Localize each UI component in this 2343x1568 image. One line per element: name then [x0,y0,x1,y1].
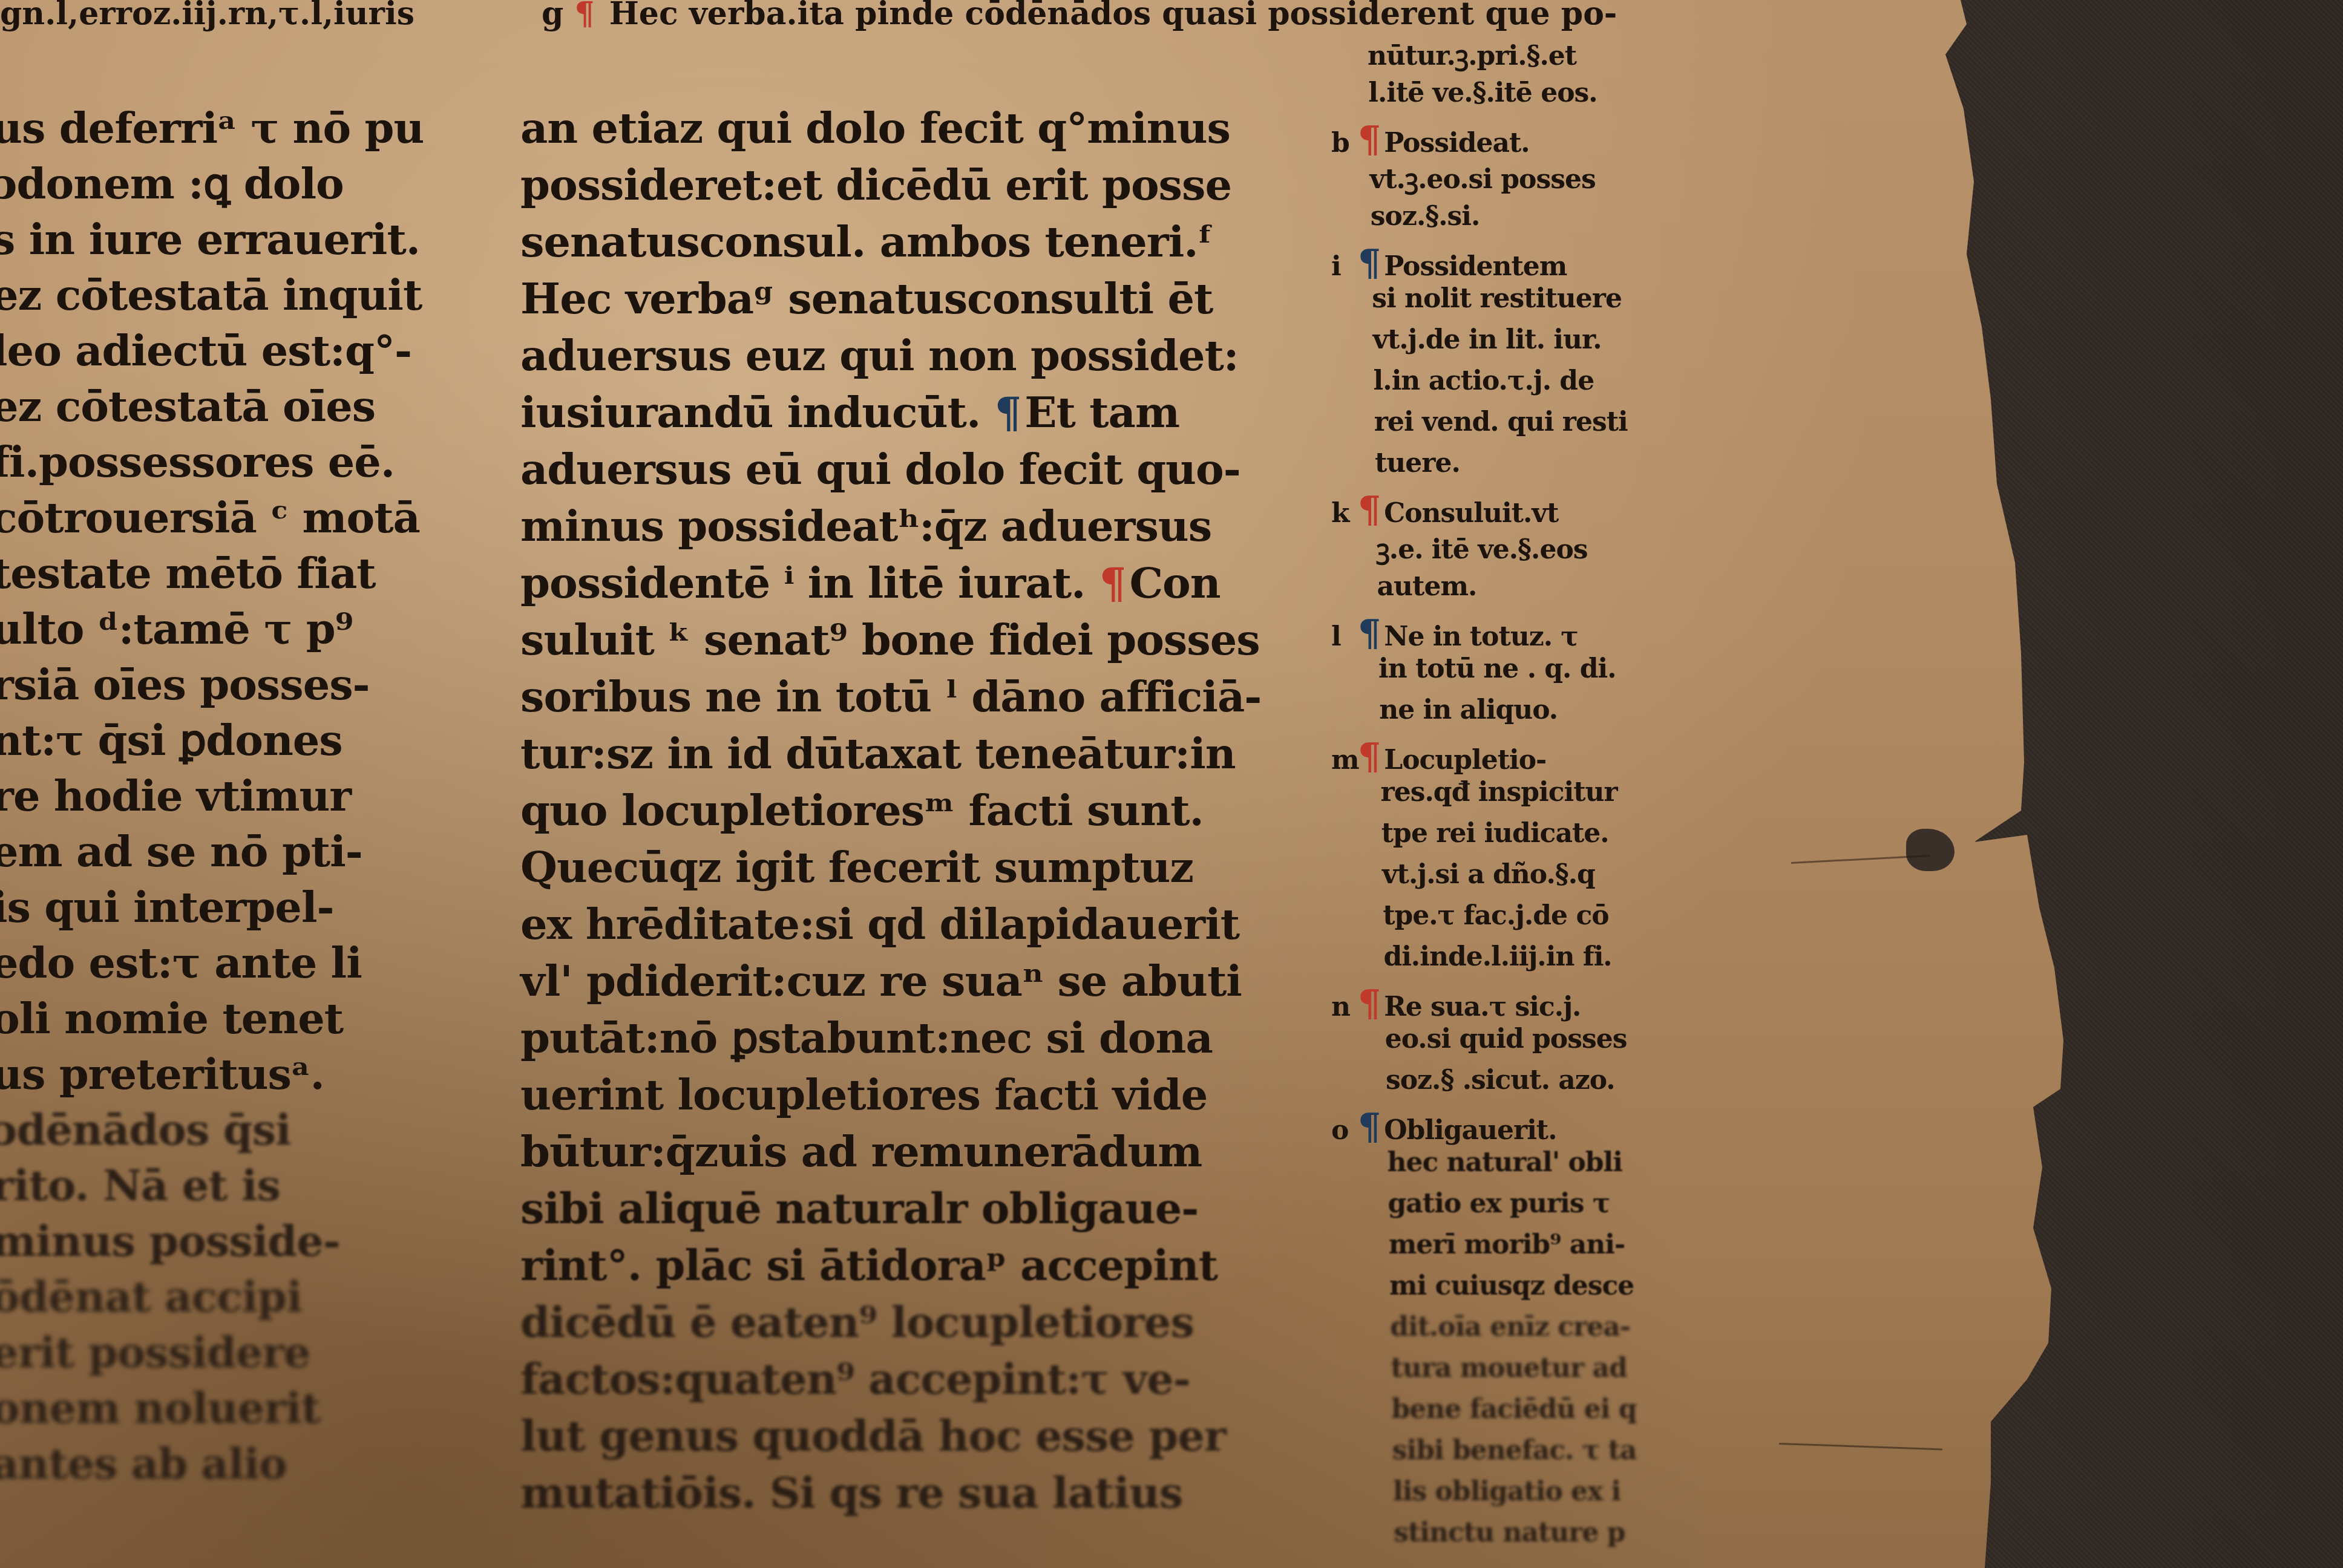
gloss-text: tura mouetur ad [1391,1353,1627,1383]
text-line: suluit ᵏ senat⁹ bone fidei posses [520,615,1260,665]
text-line: possideret:et dicēdū erit posse [520,160,1231,210]
gloss-line: autem. [1377,571,1477,602]
gloss-text: l.in actio.τ.j. de [1374,365,1594,396]
gloss-text: mi cuiusqz desce [1389,1270,1634,1301]
text-line: possidentē ⁱ in litē iurat. ¶Con [520,558,1221,608]
gloss-line: l.in actio.τ.j. de [1374,365,1594,396]
text-line: sibi aliquē naturalr obligaue- [520,1183,1198,1233]
gloss-entry-heading: i¶Possidentem [1331,242,1567,284]
text-line: minus possideatʰ:q̄z aduersus [520,501,1211,551]
red-rubric-pilcrow-icon: ¶ [1358,982,1380,1025]
text-line: quo locupletioresᵐ facti sunt. [520,785,1204,835]
gloss-line: vt.j.si a dño.§.q [1382,859,1595,890]
text-line: putāt:nō ꝑstabunt:nec si dona [520,1013,1213,1063]
gloss-line: stinctu nature p [1394,1517,1625,1548]
gloss-entry-heading: b¶Possideat. [1331,119,1530,161]
gloss-line: tuere. [1375,448,1460,479]
gloss-entry-heading: o¶Obligauerit. [1331,1106,1557,1148]
gloss-line: soz.§.si. [1371,201,1480,232]
text-line: cōtrouersiā ᶜ motā [0,492,420,543]
text-line: s in iure errauerit. [0,214,420,264]
gloss-line: bene faciēdū ei q [1392,1394,1637,1425]
text-line: rint°. plāc si ātidoraᵖ accepint [520,1240,1217,1290]
gloss-text: Locupletio- [1384,745,1546,776]
gloss-line: res.qđ inspicitur [1381,777,1617,808]
gloss-line: vt.ꝫ.eo.si posses [1370,160,1596,196]
text-line: edo est:τ ante li [0,938,362,988]
gloss-text: merī morib⁹ ani- [1389,1229,1625,1260]
text-line: onem noluerit [0,1383,320,1433]
gloss-letter-marker: i [1331,251,1358,282]
text-line: antes ab alio [0,1439,287,1489]
gloss-text: in totū ne . q. di. [1378,653,1616,684]
gloss-line: rei vend. qui resti [1374,407,1628,437]
gloss-line: sibi benefac. τ ta [1392,1435,1637,1466]
text-line: leo adiectū est:q°- [0,325,411,376]
gloss-line: tpe rei iudicate. [1381,818,1609,849]
gloss-line: si nolit restituere [1372,283,1622,314]
gloss-letter-marker: o [1331,1115,1358,1146]
red-rubric-pilcrow-icon: ¶ [574,0,594,32]
footnote-marker: g [542,0,563,32]
gloss-entry-heading: n¶Re sua.τ sic.j. [1331,982,1581,1025]
gloss-text: soz.§.si. [1371,201,1480,232]
gloss-text: res.qđ inspicitur [1381,777,1617,808]
gloss-line: nūtur.ꝫ.pri.§.et [1368,36,1576,73]
red-rubric-pilcrow-icon: ¶ [1358,489,1380,531]
text-line: ez cōtestatā inquit [0,270,422,320]
gloss-text: di.inde.l.iij.in fi. [1383,941,1611,972]
text-line: Hec verbaᵍ senatusconsulti ēt [520,273,1213,324]
text-line: mutatiōis. Si qs re sua latius [520,1468,1182,1518]
left-text-column: us deferriᵃ τ nō puɔdonem :ꝗ dolos in iu… [0,103,451,1567]
gloss-line: lis obligatio ex i [1393,1476,1620,1507]
gloss-text: eo.si quid posses [1385,1024,1627,1054]
gloss-text: vt.j.de in lit. iur. [1372,324,1601,355]
gloss-line: vt.j.de in lit. iur. [1372,324,1601,355]
gloss-text: hec natural' obli [1387,1147,1622,1178]
main-header-text: Hec verba.ita pinde cōdēnādos quasi poss… [609,0,1617,32]
gloss-text: tpe rei iudicate. [1381,818,1609,849]
text-line: nt:τ q̄si ꝑdones [0,715,342,765]
gloss-text: si nolit restituere [1372,283,1622,314]
text-line: ɔdonem :ꝗ dolo [0,158,344,209]
blue-rubric-pilcrow-icon: ¶ [1358,242,1380,284]
gloss-line: ne in aliquo. [1379,694,1558,725]
blue-rubric-pilcrow-icon: ¶ [1358,612,1380,655]
gloss-text: autem. [1377,571,1477,602]
text-line: vl' pdiderit:cuz re suaⁿ se abuti [520,956,1242,1006]
gloss-text: bene faciēdū ei q [1392,1394,1637,1425]
text-line: is qui interpel- [0,882,334,932]
gloss-line: eo.si quid posses [1385,1024,1627,1054]
text-line: testate mētō fiat [0,548,376,598]
text-line: tur:sz in id dūtaxat teneātur:in [520,728,1236,779]
gloss-line: l.itē ve.§.itē eos. [1368,77,1597,108]
gloss-line: ꝫ.e. itē ve.§.eos [1376,530,1587,566]
gloss-text: dit.oīa enīz crea- [1390,1312,1630,1342]
text-line: em ad se nō pti- [0,826,362,877]
gloss-line: tura mouetur ad [1391,1353,1627,1383]
main-text-column: an etiaz qui dolo fecit q°minuspossidere… [520,103,1331,1567]
text-line: ulto ᵈ:tamē τ p⁹ [0,604,353,654]
gloss-text: Possidentem [1384,251,1567,282]
blue-rubric-pilcrow-icon: ¶ [1358,1106,1380,1148]
gloss-entry-heading: l¶Ne in totuz. τ [1331,612,1578,655]
gloss-line: soz.§ .sicut. azo. [1386,1065,1615,1096]
text-line: re hodie vtimur [0,771,351,821]
gloss-line: hec natural' obli [1387,1147,1622,1178]
gloss-line: mi cuiusqz desce [1389,1270,1634,1301]
gloss-letter-marker: k [1331,498,1358,529]
gloss-text: nūtur.ꝫ.pri.§.et [1368,41,1576,71]
gloss-text: ꝫ.e. itē ve.§.eos [1376,534,1587,565]
gloss-column: nūtur.ꝫ.pri.§.etl.itē ve.§.itē eos.b¶Pos… [1331,36,1767,1568]
text-line: aduersus eū qui dolo fecit quo- [520,444,1240,494]
gloss-letter-marker: m [1331,745,1358,776]
text-line: ōdēnat accipi [0,1272,302,1322]
text-line: erit possidere [0,1327,310,1377]
text-segment: iusiurandū inducūt. [520,387,995,437]
text-line: minus posside- [0,1216,340,1266]
gloss-entry-heading: m¶Locupletio- [1331,736,1546,778]
gloss-line: gatio ex puris τ [1388,1188,1610,1219]
red-rubric-pilcrow-icon: ¶ [1358,119,1380,161]
red-rubric-pilcrow-icon: ¶ [1358,736,1380,778]
text-line: dicēdū ē eaten⁹ locupletiores [520,1297,1194,1347]
gloss-text: Re sua.τ sic.j. [1384,991,1581,1022]
gloss-letter-marker: n [1331,991,1358,1022]
gloss-line: tpe.τ fac.j.de cō [1383,900,1608,931]
gloss-text: tpe.τ fac.j.de cō [1383,900,1608,931]
gloss-line: dit.oīa enīz crea- [1390,1312,1630,1342]
gloss-line: di.inde.l.iij.in fi. [1383,941,1611,972]
gloss-letter-marker: b [1331,128,1358,158]
text-line: soribus ne in totū ˡ dāno afficiā- [520,671,1261,722]
text-line: ez cōtestatā oīes [0,381,375,431]
text-line: oli nomie tenet [0,993,343,1044]
main-header-line: g ¶ Hec verba.ita pinde cōdēnādos quasi … [542,0,1617,32]
text-line: senatusconsul. ambos teneri.ᶠ [520,217,1213,267]
text-line: us deferriᵃ τ nō pu [0,103,424,153]
text-line: rsiā oīes posses- [0,659,370,710]
gloss-line: merī morib⁹ ani- [1389,1229,1625,1260]
text-segment: Con [1129,558,1220,608]
gloss-line: in totū ne . q. di. [1378,653,1616,684]
text-line: an etiaz qui dolo fecit q°minus [520,103,1230,153]
gloss-text: soz.§ .sicut. azo. [1386,1065,1615,1096]
gloss-text: stinctu nature p [1394,1517,1625,1548]
gloss-text: sibi benefac. τ ta [1392,1435,1637,1466]
gloss-text: Possideat. [1384,128,1529,158]
gloss-text: Obligauerit. [1384,1115,1556,1146]
gloss-text: Ne in totuz. τ [1384,621,1578,652]
gloss-text: l.itē ve.§.itē eos. [1368,77,1597,108]
text-line: aduersus euz qui non possidet: [520,330,1239,381]
text-line: ex hrēditate:si qd dilapidauerit [520,899,1239,949]
gloss-text: vt.ꝫ.eo.si posses [1370,164,1596,195]
text-segment: possidentē ⁱ in litē iurat. [520,558,1099,608]
text-line: Quecūqz igit fecerit sumptuz [520,842,1193,892]
text-line: uerint locupletiores facti vide [520,1070,1207,1120]
gloss-text: tuere. [1375,448,1460,479]
text-line: būtur:q̄zuis ad remunerādum [520,1126,1202,1177]
text-segment: Et tam [1024,387,1179,437]
red-rubric-pilcrow-icon: ¶ [1099,558,1126,608]
gloss-letter-marker: l [1331,621,1358,652]
gloss-text: Consuluit.vt [1384,498,1558,529]
text-line: factos:quaten⁹ accepint:τ ve- [520,1354,1190,1404]
gloss-text: ne in aliquo. [1379,694,1558,725]
text-line: fi.possessores eē. [0,437,395,487]
text-line: ɔdēnādos q̄si [0,1105,291,1155]
gloss-text: rei vend. qui resti [1374,407,1628,437]
gloss-text: vt.j.si a dño.§.q [1382,859,1595,890]
gloss-entry-heading: k¶Consuluit.vt [1331,489,1558,531]
text-line: iusiurandū inducūt. ¶Et tam [520,387,1179,437]
blue-rubric-pilcrow-icon: ¶ [995,387,1021,437]
text-line: us preteritusᵃ. [0,1049,324,1099]
text-line: lut genus quoddā hoc esse per [520,1411,1226,1461]
gloss-text: gatio ex puris τ [1388,1188,1610,1219]
gloss-text: lis obligatio ex i [1393,1476,1620,1507]
text-line: rito. Nā et is [0,1160,280,1210]
left-header-line: gn.l,erroz.iij.rn,τ.l,iuris [0,0,415,32]
